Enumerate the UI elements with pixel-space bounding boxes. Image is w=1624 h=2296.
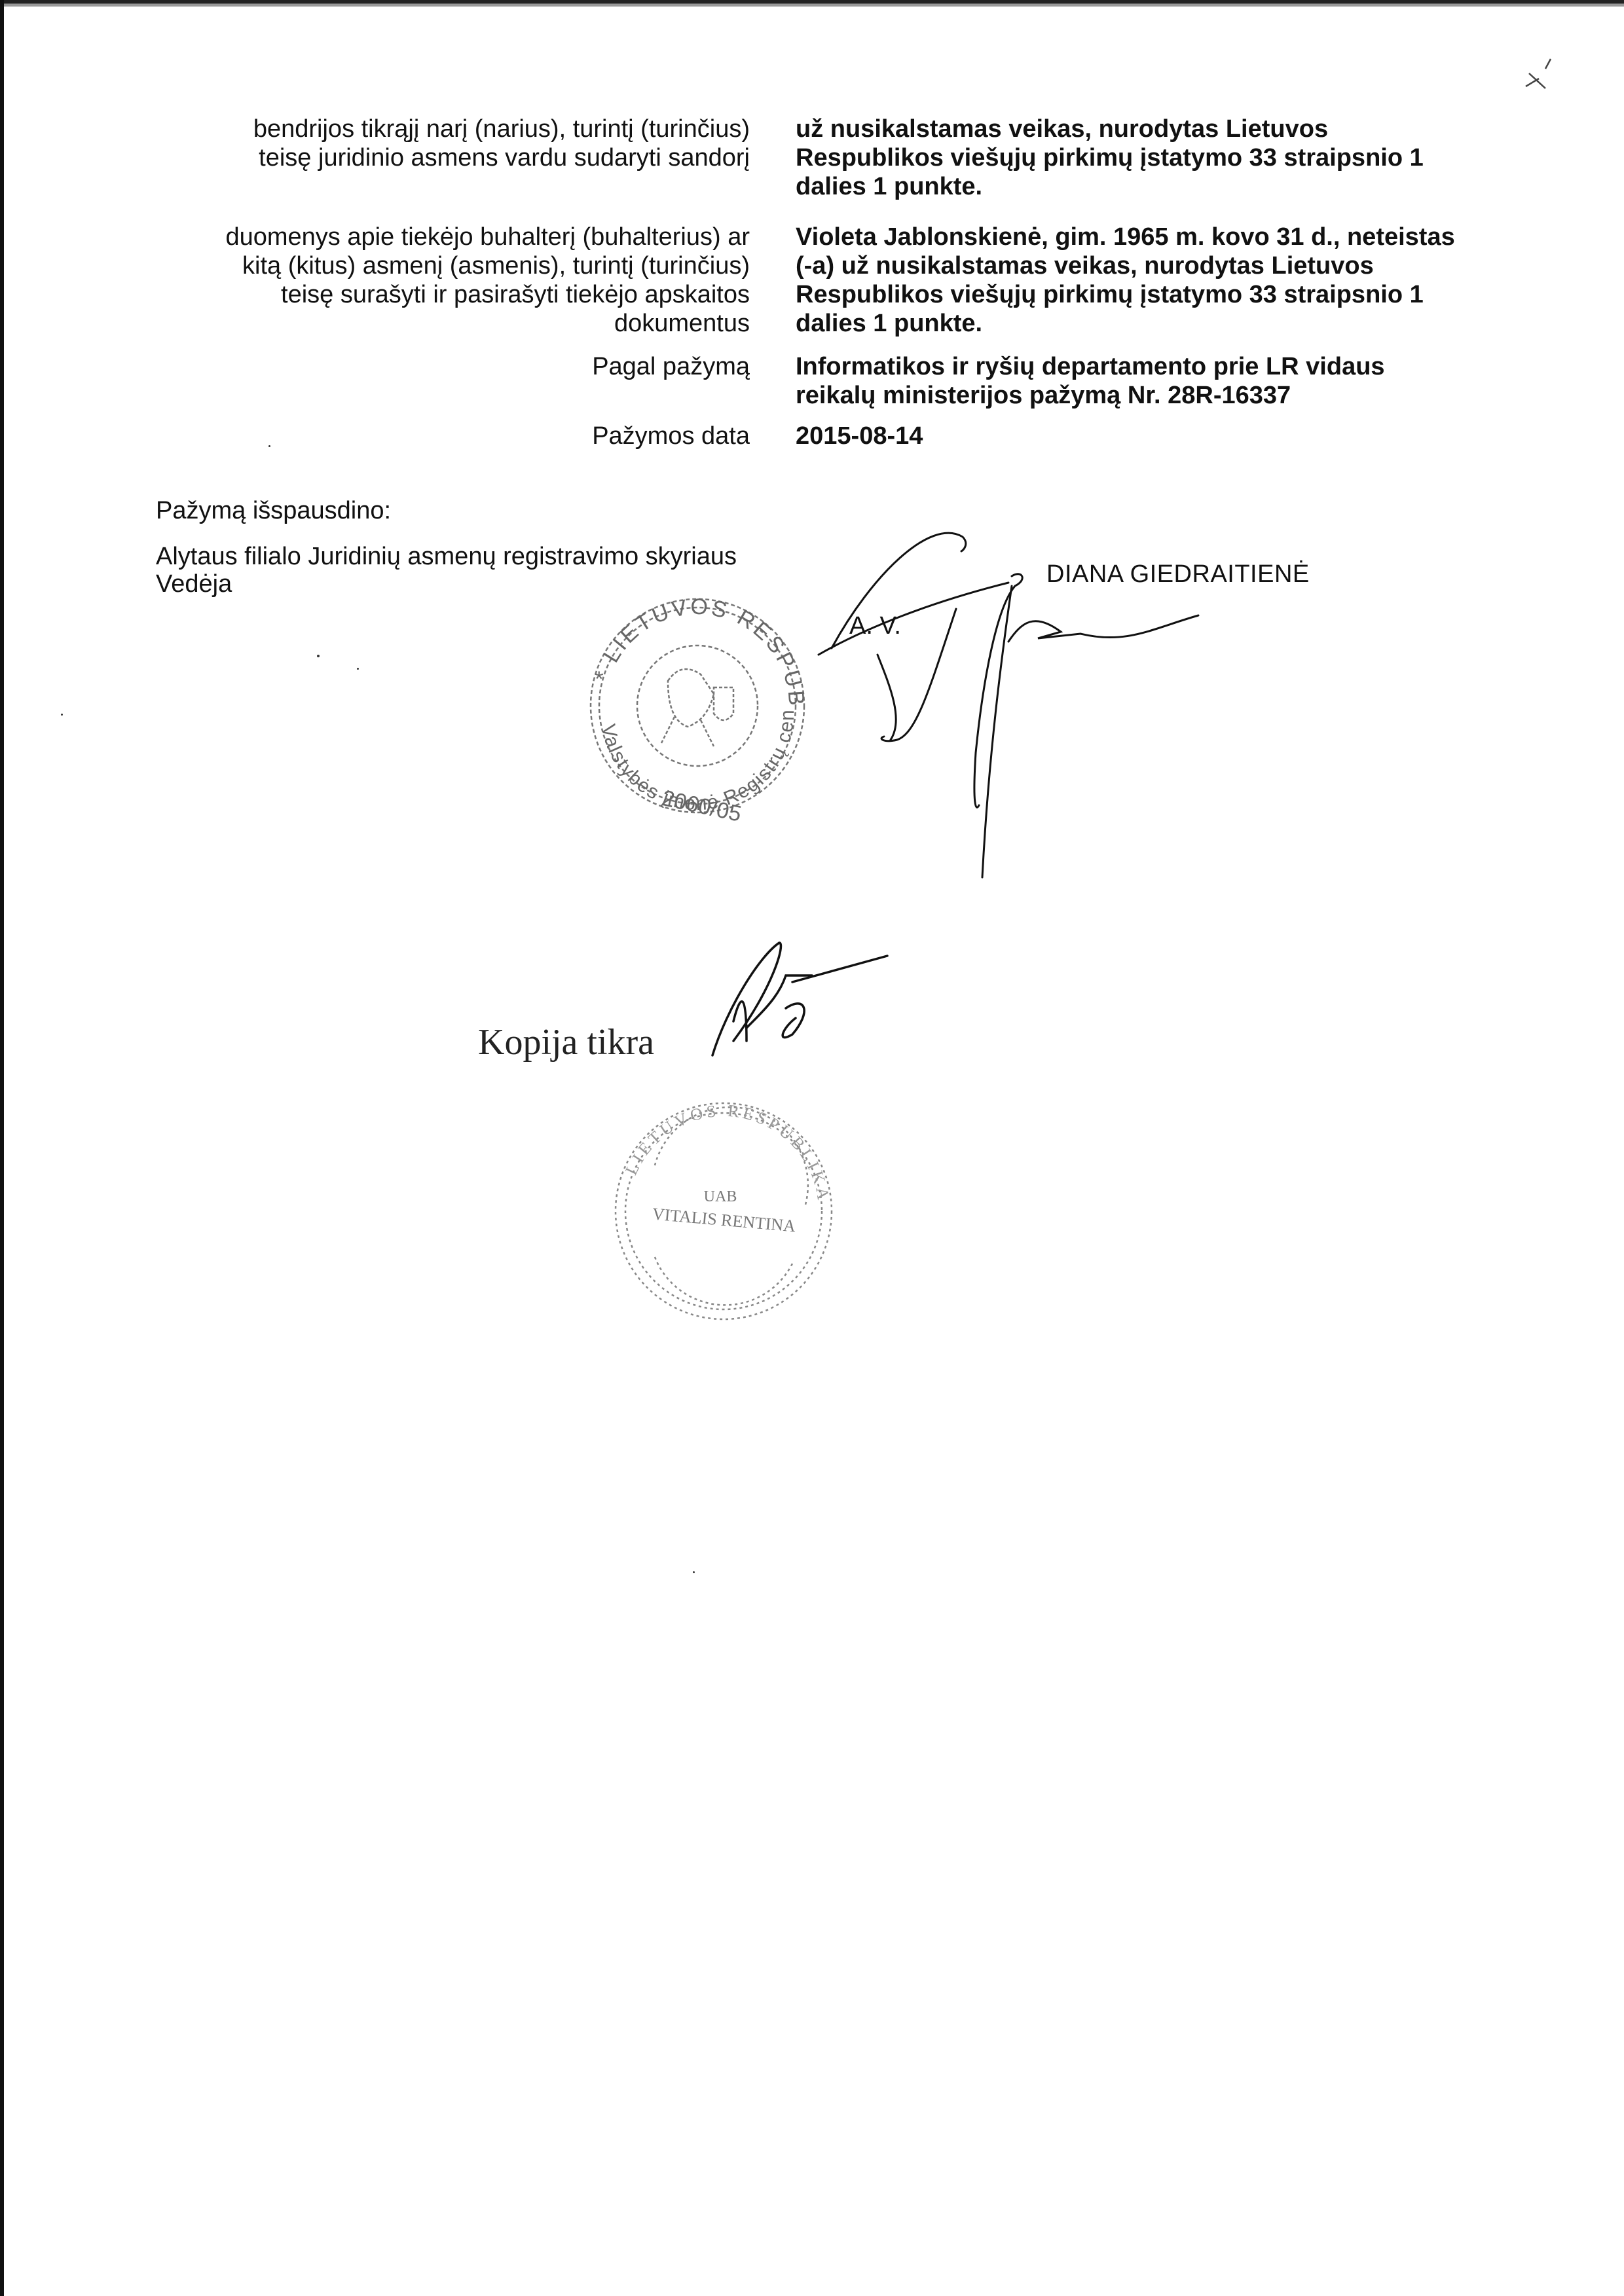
- scan-corner-mark-icon: [0, 0, 1624, 2296]
